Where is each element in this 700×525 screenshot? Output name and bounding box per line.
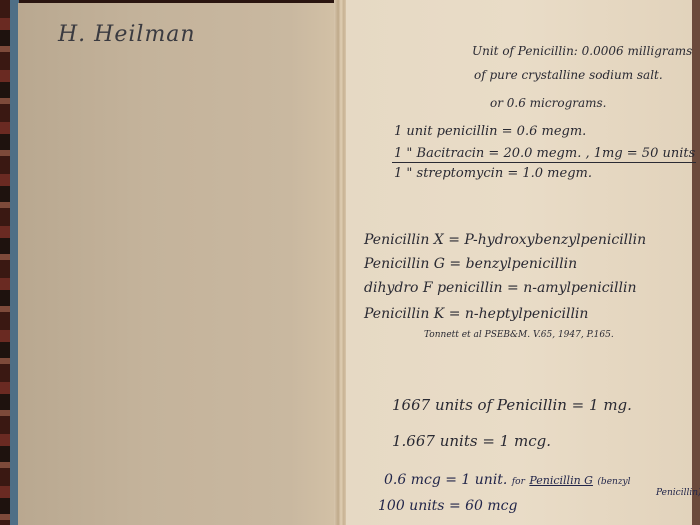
unit-value: = 20.0 megm. , 1mg = 50 units: [488, 146, 695, 161]
penicillin-type-f: dihydro F penicillin = n-amylpenicillin: [364, 280, 636, 296]
reference-citation: Tonnett et al PSEB&M. V.65, 1947, P.165.: [424, 330, 614, 340]
underline-rule: [392, 162, 696, 163]
bottom-line1: 0.6 mcg = 1 unit. for Penicillin G (benz…: [384, 472, 631, 488]
penicillin-type-g: Penicillin G = benzylpenicillin: [364, 256, 577, 272]
bottom-equivalence: 0.6 mcg = 1 unit.: [384, 472, 507, 488]
bottom-penicillin-note: Penicillin): [656, 488, 700, 498]
left-page: [18, 3, 338, 525]
bottom-for: for: [512, 477, 525, 487]
penicillin-type-x: Penicillin X = P-hydroxybenzylpenicillin: [364, 232, 646, 248]
unit-drug: Bacitracin: [417, 146, 485, 161]
unit-definition-line1: Unit of Penicillin: 0.0006 milligrams: [472, 44, 692, 58]
unit-drug: streptomycin: [417, 166, 504, 181]
unit-prefix: 1 ": [394, 166, 412, 181]
unit-row-bacitracin: 1 " Bacitracin = 20.0 megm. , 1mg = 50 u…: [394, 146, 695, 161]
penicillin-type-k: Penicillin K = n-heptylpenicillin: [364, 306, 588, 322]
unit-definition-line2: of pure crystalline sodium salt.: [474, 68, 663, 82]
bottom-benzyl: (benzyl: [597, 477, 630, 487]
page-right-edge: [692, 0, 700, 525]
unit-row-penicillin: 1 unit penicillin = 0.6 megm.: [394, 124, 586, 139]
unit-row-streptomycin: 1 " streptomycin = 1.0 megm.: [394, 166, 592, 181]
conversion-2: 1.667 units = 1 mcg.: [392, 432, 551, 450]
bottom-penicillin-g: Penicillin G: [529, 474, 593, 487]
unit-definition-line3: or 0.6 micrograms.: [490, 96, 607, 110]
signature: H. Heilman: [58, 22, 196, 47]
unit-value: = 1.0 megm.: [507, 166, 592, 181]
bottom-line2: 100 units = 60 mcg: [378, 498, 517, 514]
unit-drug: penicillin: [437, 124, 498, 139]
unit-prefix: 1 unit: [394, 124, 433, 139]
conversion-1: 1667 units of Penicillin = 1 mg.: [392, 396, 632, 414]
unit-value: = 0.6 megm.: [502, 124, 587, 139]
unit-prefix: 1 ": [394, 146, 412, 161]
